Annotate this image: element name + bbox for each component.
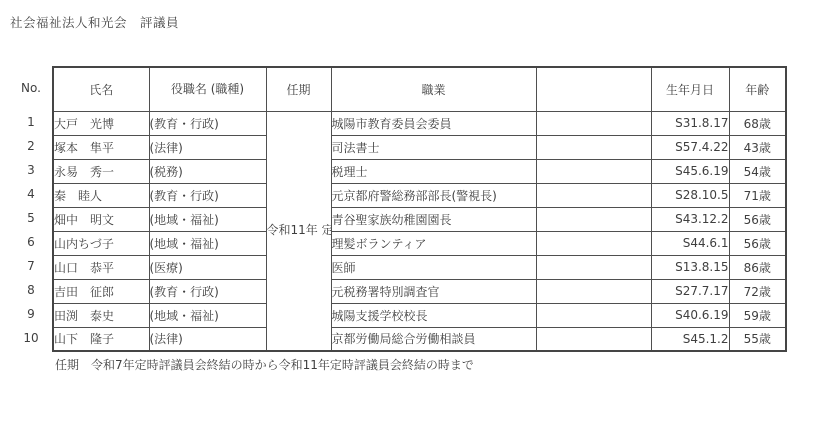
- member-age-cell: 43歳: [729, 135, 786, 159]
- member-row: 吉田 征郎(教育・行政)元税務署特別調査官S27.7.1772歳: [53, 279, 786, 303]
- member-occupation-cell: 理髪ボランティア: [331, 231, 536, 255]
- member-age-cell: 86歳: [729, 255, 786, 279]
- member-occupation-cell: 司法書士: [331, 135, 536, 159]
- member-role-cell: (税務): [149, 159, 266, 183]
- member-table-body: 大戸 光博(教育・行政)令和11年 定時評議員 会終結の時 まで城陽市教育委員会…: [53, 111, 786, 351]
- member-occupation-cell: 医師: [331, 255, 536, 279]
- header-name: 氏名: [53, 67, 149, 111]
- member-birth-date-cell: S40.6.19: [651, 303, 729, 327]
- member-no: 1: [10, 110, 52, 134]
- member-row: 秦 睦人(教育・行政)元京都府警総務部部長(警視長)S28.10.571歳: [53, 183, 786, 207]
- member-birth-date-cell: S45.6.19: [651, 159, 729, 183]
- header-occupation: 職業: [331, 67, 536, 111]
- member-no: 2: [10, 134, 52, 158]
- member-occupation-cell: 青谷聖家族幼稚園園長: [331, 207, 536, 231]
- member-age-cell: 68歳: [729, 111, 786, 135]
- member-role-cell: (地域・福祉): [149, 231, 266, 255]
- blank-cell: [536, 255, 651, 279]
- member-birth-date-cell: S31.8.17: [651, 111, 729, 135]
- council-members-table: 氏名 役職名 (職種) 任期 職業 生年月日 年齢 大戸 光博(教育・行政)令和…: [52, 66, 787, 352]
- member-role-cell: (地域・福祉): [149, 303, 266, 327]
- member-row: 畑中 明文(地域・福祉)青谷聖家族幼稚園園長S43.12.256歳: [53, 207, 786, 231]
- member-occupation-cell: 元税務署特別調査官: [331, 279, 536, 303]
- header-row: 氏名 役職名 (職種) 任期 職業 生年月日 年齢: [53, 67, 786, 111]
- member-no: 3: [10, 158, 52, 182]
- member-role-cell: (教育・行政): [149, 111, 266, 135]
- member-occupation-cell: 城陽支援学校校長: [331, 303, 536, 327]
- member-no: 7: [10, 254, 52, 278]
- blank-cell: [536, 207, 651, 231]
- member-birth-date-cell: S43.12.2: [651, 207, 729, 231]
- member-no: 6: [10, 230, 52, 254]
- member-row: 塚本 隼平(法律)司法書士S57.4.2243歳: [53, 135, 786, 159]
- member-birth-date-cell: S57.4.22: [651, 135, 729, 159]
- document-page: 社会福祉法人和光会 評議員 No. 12345678910 氏名 役職名 (職種…: [0, 0, 820, 421]
- member-birth-date-cell: S27.7.17: [651, 279, 729, 303]
- member-name-cell: 吉田 征郎: [53, 279, 149, 303]
- member-name-cell: 秦 睦人: [53, 183, 149, 207]
- member-age-cell: 54歳: [729, 159, 786, 183]
- member-row: 山口 恭平(医療)医師S13.8.1586歳: [53, 255, 786, 279]
- blank-cell: [536, 111, 651, 135]
- member-occupation-cell: 元京都府警総務部部長(警視長): [331, 183, 536, 207]
- member-row: 山内ちづ子(地域・福祉)理髪ボランティアS44.6.156歳: [53, 231, 786, 255]
- blank-cell: [536, 303, 651, 327]
- header-occupation-extra: [536, 67, 651, 111]
- member-occupation-cell: 城陽市教育委員会委員: [331, 111, 536, 135]
- member-role-cell: (法律): [149, 135, 266, 159]
- member-occupation-cell: 京都労働局総合労働相談員: [331, 327, 536, 351]
- header-birth-date: 生年月日: [651, 67, 729, 111]
- member-name-cell: 永易 秀一: [53, 159, 149, 183]
- member-birth-date-cell: S45.1.2: [651, 327, 729, 351]
- member-name-cell: 田渕 泰史: [53, 303, 149, 327]
- member-role-cell: (法律): [149, 327, 266, 351]
- member-role-cell: (医療): [149, 255, 266, 279]
- blank-cell: [536, 279, 651, 303]
- term-merged-cell: 令和11年 定時評議員 会終結の時 まで: [266, 111, 331, 351]
- member-occupation-cell: 税理士: [331, 159, 536, 183]
- blank-cell: [536, 135, 651, 159]
- member-age-cell: 56歳: [729, 231, 786, 255]
- member-row: 田渕 泰史(地域・福祉)城陽支援学校校長S40.6.1959歳: [53, 303, 786, 327]
- member-age-cell: 72歳: [729, 279, 786, 303]
- no-column: No. 12345678910: [10, 66, 52, 350]
- member-age-cell: 59歳: [729, 303, 786, 327]
- member-no: 9: [10, 302, 52, 326]
- blank-cell: [536, 327, 651, 351]
- member-name-cell: 山下 隆子: [53, 327, 149, 351]
- page-title: 社会福祉法人和光会 評議員: [10, 13, 179, 31]
- member-name-cell: 山内ちづ子: [53, 231, 149, 255]
- blank-cell: [536, 183, 651, 207]
- member-age-cell: 71歳: [729, 183, 786, 207]
- member-no: 5: [10, 206, 52, 230]
- member-no: 10: [10, 326, 52, 350]
- member-role-cell: (教育・行政): [149, 279, 266, 303]
- member-role-cell: (地域・福祉): [149, 207, 266, 231]
- member-name-cell: 山口 恭平: [53, 255, 149, 279]
- member-name-cell: 塚本 隼平: [53, 135, 149, 159]
- member-row: 永易 秀一(税務)税理士S45.6.1954歳: [53, 159, 786, 183]
- member-no: 4: [10, 182, 52, 206]
- header-term: 任期: [266, 67, 331, 111]
- member-role-cell: (教育・行政): [149, 183, 266, 207]
- blank-cell: [536, 159, 651, 183]
- member-name-cell: 大戸 光博: [53, 111, 149, 135]
- header-role: 役職名 (職種): [149, 67, 266, 111]
- member-name-cell: 畑中 明文: [53, 207, 149, 231]
- member-age-cell: 55歳: [729, 327, 786, 351]
- member-row: 山下 隆子(法律)京都労働局総合労働相談員S45.1.255歳: [53, 327, 786, 351]
- no-column-header: No.: [10, 66, 52, 110]
- term-note: 任期 令和7年定時評議員会終結の時から令和11年定時評議員会終結の時まで: [55, 356, 474, 373]
- member-age-cell: 56歳: [729, 207, 786, 231]
- blank-cell: [536, 231, 651, 255]
- member-no: 8: [10, 278, 52, 302]
- member-row: 大戸 光博(教育・行政)令和11年 定時評議員 会終結の時 まで城陽市教育委員会…: [53, 111, 786, 135]
- member-birth-date-cell: S44.6.1: [651, 231, 729, 255]
- member-birth-date-cell: S13.8.15: [651, 255, 729, 279]
- header-age: 年齢: [729, 67, 786, 111]
- member-birth-date-cell: S28.10.5: [651, 183, 729, 207]
